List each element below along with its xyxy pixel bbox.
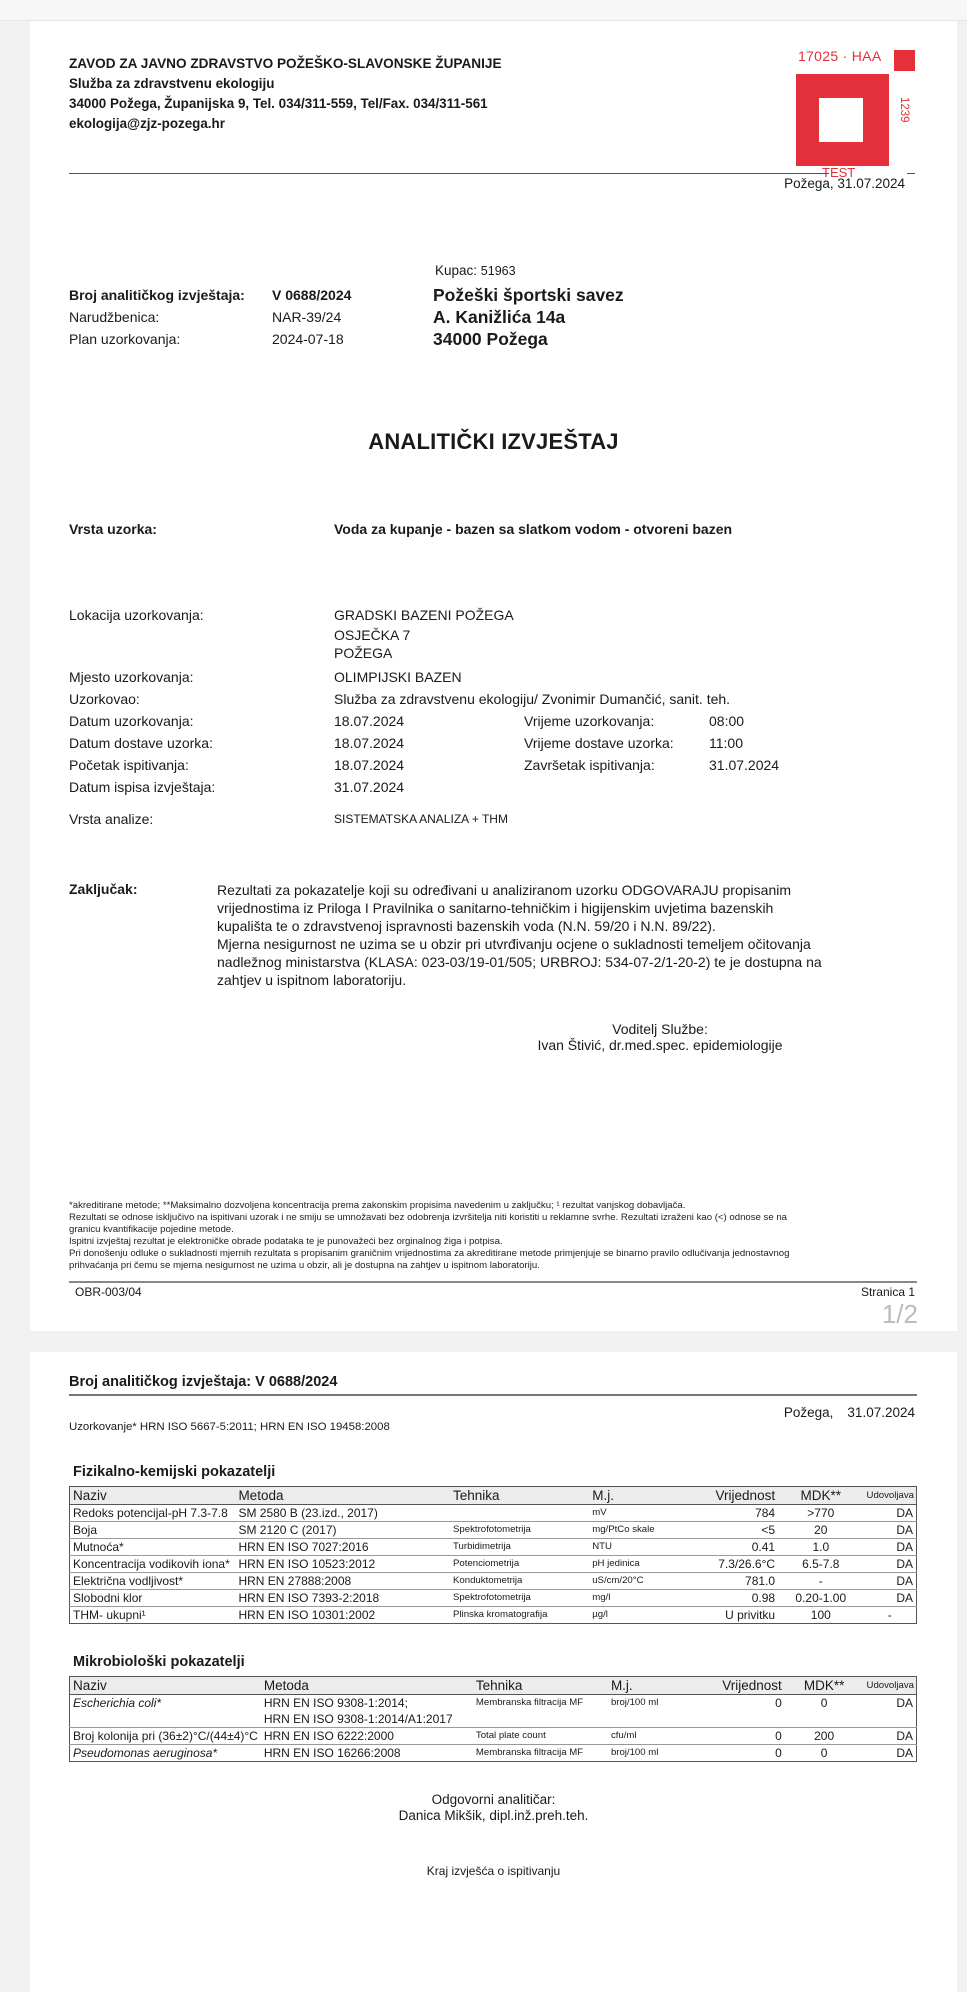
cell-udovoljava: DA	[863, 1505, 916, 1522]
cell-tehnika	[450, 1505, 589, 1522]
page2-report-number: Broj analitičkog izvještaja: V 0688/2024	[69, 1374, 337, 1390]
customer-id: Kupac: 51963	[435, 263, 516, 278]
analysis-label: Vrsta analize:	[69, 808, 153, 830]
micro-section-title: Mikrobiološki pokazatelji	[73, 1654, 245, 1670]
test-end-value: 31.07.2024	[709, 754, 779, 776]
physchem-results-table: NazivMetodaTehnikaM.j.VrijednostMDK**Udo…	[69, 1486, 917, 1624]
document-page-2: Broj analitičkog izvještaja: V 0688/2024…	[30, 1352, 957, 1992]
cell-naziv: Koncentracija vodikovih iona*	[70, 1556, 236, 1573]
cell-udovoljava: DA	[863, 1728, 916, 1745]
test-start-value: 18.07.2024	[334, 754, 404, 776]
column-header: M.j.	[608, 1677, 693, 1695]
viewer-top-bar	[0, 0, 967, 21]
org-department: Služba za zdravstvenu ekologiju	[69, 74, 502, 94]
head-name: Ivan Štivić, dr.med.spec. epidemiologije	[500, 1037, 820, 1053]
report-number-row: Broj analitičkog izvještaja: V 0688/2024	[69, 284, 351, 306]
delivery-time-label: Vrijeme dostave uzorka:	[524, 732, 674, 754]
place-value: OLIMPIJSKI BAZEN	[334, 666, 462, 688]
head-signature: Voditelj Službe: Ivan Štivić, dr.med.spe…	[500, 1021, 820, 1053]
cell-vrijednost: 0	[693, 1745, 785, 1762]
delivery-time-value: 11:00	[709, 732, 743, 754]
page2-place-date: Požega,31.07.2024	[784, 1405, 915, 1420]
page2-date: 31.07.2024	[847, 1405, 915, 1420]
cell-empty	[785, 1711, 864, 1728]
cell-naziv: Mutnoća*	[70, 1539, 236, 1556]
accreditation-logo: 17025 · HAA 1239 TEST	[795, 47, 920, 189]
cell-metoda: HRN EN ISO 9308-1:2014;	[261, 1695, 473, 1712]
accreditation-code: 17025 · HAA	[798, 48, 881, 64]
table-header-row: NazivMetodaTehnikaM.j.VrijednostMDK**Udo…	[70, 1677, 917, 1695]
cell-naziv	[70, 1711, 261, 1728]
test-end-label: Završetak ispitivanja:	[524, 754, 655, 776]
cell-udovoljava: DA	[863, 1573, 916, 1590]
form-code: OBR-003/04	[75, 1285, 142, 1299]
table-row: THM- ukupni¹HRN EN ISO 10301:2002Plinska…	[70, 1607, 917, 1624]
analyst-name: Danica Mikšik, dipl.inž.preh.teh.	[330, 1808, 657, 1824]
footnote-line: granicu kvantifikacije pojedine metode.	[69, 1224, 789, 1236]
cell-mdk: 6.5-7.8	[778, 1556, 863, 1573]
column-header: Naziv	[70, 1677, 261, 1695]
micro-results-table: NazivMetodaTehnikaM.j.VrijednostMDK**Udo…	[69, 1676, 917, 1762]
table-row: Escherichia coli*HRN EN ISO 9308-1:2014;…	[70, 1695, 917, 1712]
head-role: Voditelj Službe:	[500, 1021, 820, 1037]
cell-metoda: HRN EN 27888:2008	[235, 1573, 450, 1590]
sample-info: Lokacija uzorkovanja: GRADSKI BAZENI POŽ…	[69, 604, 929, 830]
sampling-date-value: 18.07.2024	[334, 710, 404, 732]
location-line-2: OSJEČKA 7	[334, 626, 410, 644]
column-header: MDK**	[778, 1487, 863, 1505]
testing-row: Početak ispitivanja: 18.07.2024 Završeta…	[69, 754, 929, 776]
cell-mj: mg/PtCo skale	[589, 1522, 681, 1539]
footnote-line: prihvaćanja pri čemu se mjerna nesigurno…	[69, 1260, 789, 1272]
table-row: Broj kolonija pri (36±2)°C/(44±4)°CHRN E…	[70, 1728, 917, 1745]
customer-name: Požeški športski savez	[433, 284, 624, 306]
order-row: Narudžbenica: NAR-39/24	[69, 306, 351, 328]
analyst-role: Odgovorni analitičar:	[330, 1792, 657, 1808]
table-row: Koncentracija vodikovih iona*HRN EN ISO …	[70, 1556, 917, 1573]
customer-address: Požeški športski savez A. Kanižlića 14a …	[433, 284, 624, 350]
cell-naziv: Boja	[70, 1522, 236, 1539]
cell-mdk: 100	[778, 1607, 863, 1624]
cell-metoda: HRN EN ISO 10523:2012	[235, 1556, 450, 1573]
conclusion-line: Rezultati za pokazatelje koji su određiv…	[217, 881, 917, 899]
cell-udovoljava: DA	[863, 1522, 916, 1539]
cell-metoda: HRN EN ISO 7393-2:2018	[235, 1590, 450, 1607]
cell-tehnika: Konduktometrija	[450, 1573, 589, 1590]
cell-naziv: Redoks potencijal-pH 7.3-7.8	[70, 1505, 236, 1522]
cell-metoda: HRN EN ISO 6222:2000	[261, 1728, 473, 1745]
customer-id-label: Kupac:	[435, 263, 477, 278]
conclusion-line: nadležnog ministarstva (KLASA: 023-03/19…	[217, 953, 917, 971]
cell-mj: mV	[589, 1505, 681, 1522]
cell-mj: NTU	[589, 1539, 681, 1556]
cell-mdk: 20	[778, 1522, 863, 1539]
cell-udovoljava: DA	[863, 1745, 916, 1762]
sampling-date-label: Datum uzorkovanja:	[69, 710, 194, 732]
column-header: Tehnika	[450, 1487, 589, 1505]
customer-city: 34000 Požega	[433, 328, 624, 350]
print-date-value: 31.07.2024	[334, 776, 404, 798]
table-row: Pseudomonas aeruginosa*HRN EN ISO 16266:…	[70, 1745, 917, 1762]
cell-vrijednost: 0.98	[681, 1590, 778, 1607]
analyst-signature: Odgovorni analitičar: Danica Mikšik, dip…	[330, 1792, 657, 1824]
location-row-3: POŽEGA	[69, 644, 929, 666]
cell-vrijednost: 0	[693, 1695, 785, 1712]
report-meta: Broj analitičkog izvještaja: V 0688/2024…	[69, 284, 351, 350]
cell-tehnika: Turbidimetrija	[450, 1539, 589, 1556]
sampling-time-label: Vrijeme uzorkovanja:	[524, 710, 654, 732]
cell-udovoljava: DA	[863, 1539, 916, 1556]
sampling-row: Datum uzorkovanja: 18.07.2024 Vrijeme uz…	[69, 710, 929, 732]
cell-tehnika: Spektrofotometrija	[450, 1590, 589, 1607]
cell-tehnika: Total plate count	[473, 1728, 608, 1745]
cell-udovoljava: DA	[863, 1556, 916, 1573]
table-row: Električna vodljivost*HRN EN 27888:2008K…	[70, 1573, 917, 1590]
plan-label: Plan uzorkovanja:	[69, 328, 272, 350]
cell-tehnika: Membranska filtracija MF	[473, 1695, 608, 1712]
test-start-label: Početak ispitivanja:	[69, 754, 189, 776]
table-row: Boja SM 2120 C (2017)Spektrofotometrijam…	[70, 1522, 917, 1539]
cell-udovoljava: -	[863, 1607, 916, 1624]
cell-tehnika: Potenciometrija	[450, 1556, 589, 1573]
logo-square-frame-icon	[796, 74, 889, 166]
analysis-row: Vrsta analize: SISTEMATSKA ANALIZA + THM	[69, 808, 929, 830]
conclusion-label: Zaključak:	[69, 881, 137, 897]
footnote-line: Ispitni izvještaj rezultat je elektronič…	[69, 1236, 789, 1248]
cell-mdk: >770	[778, 1505, 863, 1522]
cell-metoda: HRN EN ISO 10301:2002	[235, 1607, 450, 1624]
footer-divider	[69, 1281, 917, 1283]
print-date-row: Datum ispisa izvještaja: 31.07.2024	[69, 776, 929, 798]
cell-mdk: 0.20-1.00	[778, 1590, 863, 1607]
sampler-row: Uzorkovao: Služba za zdravstvenu ekologi…	[69, 688, 929, 710]
table-row: Mutnoća*HRN EN ISO 7027:2016Turbidimetri…	[70, 1539, 917, 1556]
cell-vrijednost: 0.41	[681, 1539, 778, 1556]
order-label: Narudžbenica:	[69, 306, 272, 328]
end-of-report: Kraj izvješća o ispitivanju	[330, 1864, 657, 1878]
conclusion-line: vrijednostima iz Priloga I Pravilnika o …	[217, 899, 917, 917]
cell-mj: µg/l	[589, 1607, 681, 1624]
cell-mj: broj/100 ml	[608, 1745, 693, 1762]
location-label: Lokacija uzorkovanja:	[69, 604, 204, 626]
column-header: Metoda	[261, 1677, 473, 1695]
cell-naziv: Slobodni klor	[70, 1590, 236, 1607]
cell-mdk: 1.0	[778, 1539, 863, 1556]
table-row: Slobodni klorHRN EN ISO 7393-2:2018Spekt…	[70, 1590, 917, 1607]
sample-type-value: Voda za kupanje - bazen sa slatkom vodom…	[334, 521, 732, 537]
order-value: NAR-39/24	[272, 306, 341, 328]
column-header: Vrijednost	[693, 1677, 785, 1695]
table-header-row: NazivMetodaTehnikaM.j.VrijednostMDK**Udo…	[70, 1487, 917, 1505]
location-line-3: POŽEGA	[334, 644, 392, 662]
conclusion-text: Rezultati za pokazatelje koji su određiv…	[217, 881, 917, 989]
column-header: Udovoljava	[863, 1487, 916, 1505]
cell-vrijednost: <5	[681, 1522, 778, 1539]
header-divider	[69, 173, 829, 174]
conclusion-line: zahtjev u ispitnom laboratoriju.	[217, 971, 917, 989]
cell-empty	[608, 1711, 693, 1728]
page2-place: Požega,	[784, 1405, 834, 1420]
column-header: Metoda	[235, 1487, 450, 1505]
org-name: ZAVOD ZA JAVNO ZDRAVSTVO POŽEŠKO-SLAVONS…	[69, 54, 502, 74]
cell-mdk: -	[778, 1573, 863, 1590]
location-line-1: GRADSKI BAZENI POŽEGA	[334, 604, 514, 626]
place-row: Mjesto uzorkovanja: OLIMPIJSKI BAZEN	[69, 666, 929, 688]
cell-mj: mg/l	[589, 1590, 681, 1607]
viewer-page-indicator: 1/2	[882, 1299, 918, 1330]
sampling-time-value: 08:00	[709, 710, 744, 732]
report-number-label: Broj analitičkog izvještaja:	[69, 284, 272, 306]
delivery-date-value: 18.07.2024	[334, 732, 404, 754]
cell-vrijednost: 781.0	[681, 1573, 778, 1590]
cell-udovoljava: DA	[863, 1590, 916, 1607]
print-date-label: Datum ispisa izvještaja:	[69, 776, 215, 798]
cell-empty	[473, 1711, 608, 1728]
organization-header: ZAVOD ZA JAVNO ZDRAVSTVO POŽEŠKO-SLAVONS…	[69, 54, 502, 134]
cell-metoda: SM 2120 C (2017)	[235, 1522, 450, 1539]
page-number: Stranica 1	[861, 1285, 915, 1299]
place-date: Požega, 31.07.2024	[784, 176, 905, 191]
accreditation-number: 1239	[898, 97, 910, 123]
cell-mj: cfu/ml	[608, 1728, 693, 1745]
sampler-label: Uzorkovao:	[69, 688, 140, 710]
document-title: ANALITIČKI IZVJEŠTAJ	[30, 429, 957, 455]
cell-mdk: 0	[785, 1745, 864, 1762]
column-header: M.j.	[589, 1487, 681, 1505]
delivery-row: Datum dostave uzorka: 18.07.2024 Vrijeme…	[69, 732, 929, 754]
plan-value: 2024-07-18	[272, 328, 344, 350]
location-row-2: OSJEČKA 7	[69, 626, 929, 644]
analysis-value: SISTEMATSKA ANALIZA + THM	[334, 808, 508, 830]
header-divider-end	[907, 173, 915, 174]
cell-empty	[863, 1711, 916, 1728]
column-header: Tehnika	[473, 1677, 608, 1695]
column-header: Udovoljava	[863, 1677, 916, 1695]
customer-street: A. Kanižlića 14a	[433, 306, 624, 328]
cell-mj: uS/cm/20°C	[589, 1573, 681, 1590]
cell-metoda: HRN EN ISO 9308-1:2014/A1:2017	[261, 1711, 473, 1728]
table-row-continuation: HRN EN ISO 9308-1:2014/A1:2017	[70, 1711, 917, 1728]
footnote-line: *akreditirane metode; **Maksimalno dozvo…	[69, 1200, 789, 1212]
cell-mj: broj/100 ml	[608, 1695, 693, 1712]
plan-row: Plan uzorkovanja: 2024-07-18	[69, 328, 351, 350]
conclusion-line: Mjerna nesigurnost ne uzima se u obzir p…	[217, 935, 917, 953]
document-page-1: ZAVOD ZA JAVNO ZDRAVSTVO POŽEŠKO-SLAVONS…	[30, 21, 957, 1331]
cell-metoda: HRN EN ISO 7027:2016	[235, 1539, 450, 1556]
sampling-standard: Uzorkovanje* HRN ISO 5667-5:2011; HRN EN…	[69, 1421, 390, 1433]
cell-naziv: Električna vodljivost*	[70, 1573, 236, 1590]
cell-naziv: Broj kolonija pri (36±2)°C/(44±4)°C	[70, 1728, 261, 1745]
cell-tehnika: Spektrofotometrija	[450, 1522, 589, 1539]
cell-vrijednost: 784	[681, 1505, 778, 1522]
cell-mj: pH jedinica	[589, 1556, 681, 1573]
cell-vrijednost: U privitku	[681, 1607, 778, 1624]
cell-tehnika: Membranska filtracija MF	[473, 1745, 608, 1762]
delivery-date-label: Datum dostave uzorka:	[69, 732, 213, 754]
cell-vrijednost: 7.3/26.6°C	[681, 1556, 778, 1573]
cell-naziv: Escherichia coli*	[70, 1695, 261, 1712]
sample-type: Vrsta uzorka: Voda za kupanje - bazen sa…	[69, 521, 157, 537]
column-header: MDK**	[785, 1677, 864, 1695]
table-row: Redoks potencijal-pH 7.3-7.8SM 2580 B (2…	[70, 1505, 917, 1522]
org-email: ekologija@zjz-pozega.hr	[69, 114, 502, 134]
cell-mdk: 0	[785, 1695, 864, 1712]
column-header: Vrijednost	[681, 1487, 778, 1505]
physchem-section-title: Fizikalno-kemijski pokazatelji	[73, 1464, 275, 1480]
place-label: Mjesto uzorkovanja:	[69, 666, 194, 688]
org-address: 34000 Požega, Županijska 9, Tel. 034/311…	[69, 94, 502, 114]
cell-naziv: THM- ukupni¹	[70, 1607, 236, 1624]
cell-naziv: Pseudomonas aeruginosa*	[70, 1745, 261, 1762]
report-number-value: V 0688/2024	[272, 284, 351, 306]
cell-metoda: SM 2580 B (23.izd., 2017)	[235, 1505, 450, 1522]
logo-small-square-icon	[894, 50, 915, 71]
cell-metoda: HRN EN ISO 16266:2008	[261, 1745, 473, 1762]
page2-header-divider	[69, 1394, 917, 1396]
column-header: Naziv	[70, 1487, 236, 1505]
sampler-value: Služba za zdravstvenu ekologiju/ Zvonimi…	[334, 688, 730, 710]
location-row: Lokacija uzorkovanja: GRADSKI BAZENI POŽ…	[69, 604, 929, 626]
cell-mdk: 200	[785, 1728, 864, 1745]
cell-empty	[693, 1711, 785, 1728]
footnotes: *akreditirane metode; **Maksimalno dozvo…	[69, 1200, 789, 1272]
cell-udovoljava: DA	[863, 1695, 916, 1712]
footnote-line: Rezultati se odnose isključivo na ispiti…	[69, 1212, 789, 1224]
conclusion-line: kupališta te o zdravstvenoj ispravnosti …	[217, 917, 917, 935]
cell-vrijednost: 0	[693, 1728, 785, 1745]
sample-type-label: Vrsta uzorka:	[69, 521, 157, 537]
customer-id-value: 51963	[481, 264, 516, 278]
footnote-line: Pri donošenju odluke o sukladnosti mjern…	[69, 1248, 789, 1260]
cell-tehnika: Plinska kromatografija	[450, 1607, 589, 1624]
